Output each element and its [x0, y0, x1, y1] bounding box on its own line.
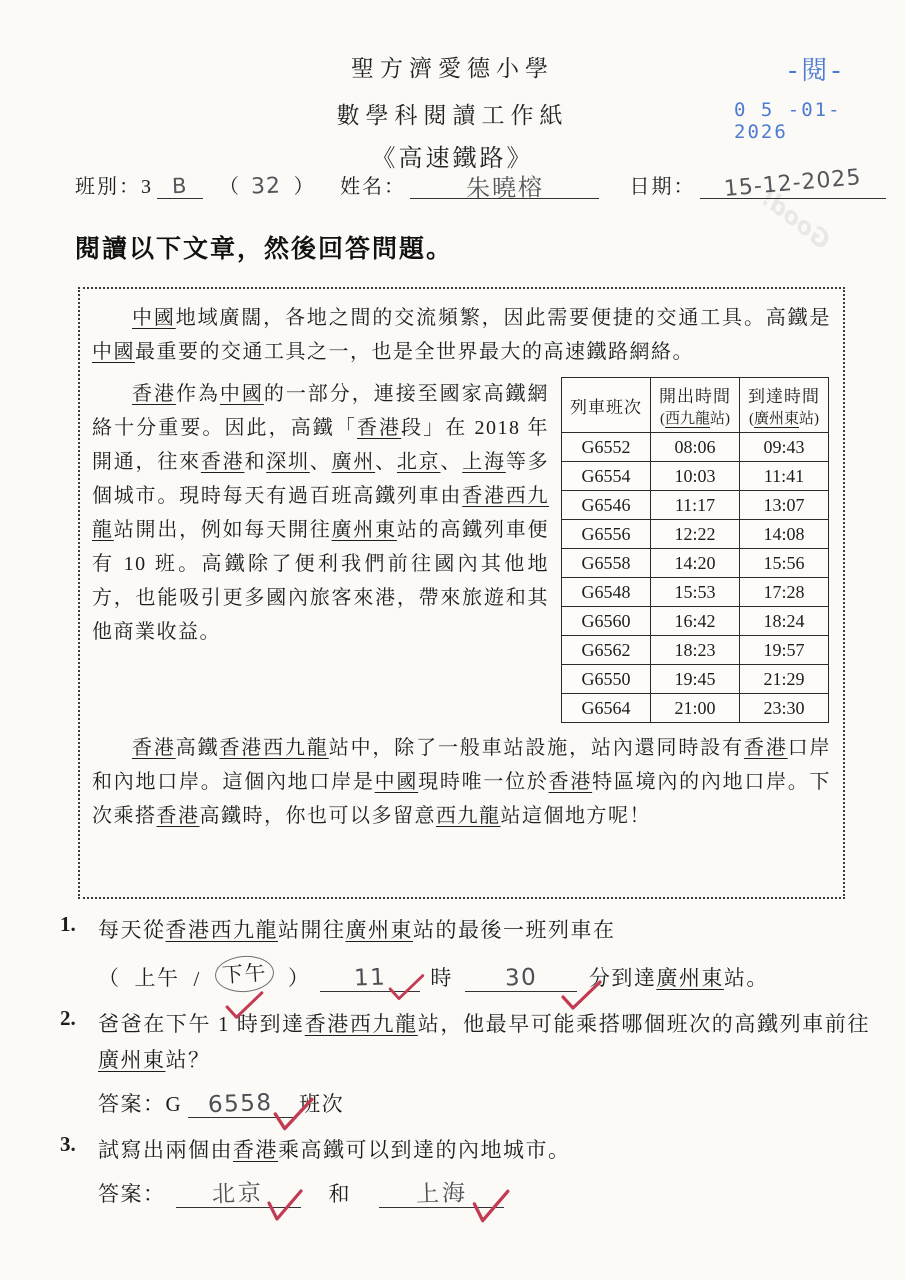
name-blank: 朱曉榕: [410, 172, 599, 199]
question-3: 3. 試寫出兩個由香港乘高鐵可以到達的內地城市。 答案： 北京 和 上海: [60, 1132, 870, 1208]
proper-noun: 廣州東: [656, 966, 724, 990]
proper-noun: 中國: [132, 307, 176, 329]
table-cell: G6556: [562, 520, 651, 549]
table-cell: 13:07: [740, 491, 829, 520]
proper-noun: 廣州東: [346, 918, 414, 942]
city-2-blank: 上海: [379, 1181, 504, 1208]
reading-passage-box: 中國地域廣闊，各地之間的交流頻繁，因此需要便捷的交通工具。高鐵是中國最重要的交通…: [78, 287, 845, 899]
train-timetable: 列車班次 開出時間 (西九龍站) 到達時間 (廣州東站) G655208:060…: [561, 377, 829, 723]
table-row: G654815:5317:28: [562, 578, 829, 607]
question-3-number: 3.: [60, 1132, 84, 1208]
table-cell: 19:57: [740, 636, 829, 665]
text-run: 試寫出兩個由: [98, 1138, 233, 1162]
text-run: 站開出，例如每天開往: [114, 519, 332, 541]
proper-noun: 香港: [157, 805, 200, 827]
question-2-number: 2.: [60, 1006, 84, 1118]
table-cell: 14:08: [740, 520, 829, 549]
table-cell: G6564: [562, 694, 651, 723]
proper-noun: 中國: [220, 383, 264, 405]
name-label: 姓名：: [340, 170, 406, 199]
question-1-fill-line: （ 上午 / 下午 ） 11 時: [98, 956, 870, 992]
text-run: 和: [244, 451, 266, 473]
proper-noun: 香港: [233, 1138, 278, 1162]
text-run: 站，他最早可能乘搭哪個班次的高鐵列車前往: [418, 1012, 870, 1036]
text-run: 分到達: [589, 966, 657, 990]
city-2-handwriting: 上海: [415, 1180, 468, 1208]
text-run: 最重要的交通工具之一，也是全世界最大的高速鐵路網絡。: [135, 341, 694, 363]
article-paragraph-1: 中國地域廣闊，各地之間的交流頻繁，因此需要便捷的交通工具。高鐵是中國最重要的交通…: [92, 301, 831, 369]
table-cell: 16:42: [651, 607, 740, 636]
student-number-handwriting: 32: [251, 173, 282, 199]
text-run: 高鐵時，你也可以多留意: [200, 805, 437, 827]
answer-label: 答案：: [98, 1178, 166, 1208]
text-run: 站這個地方呢！: [501, 805, 652, 827]
instruction-text: 閱讀以下文章，然後回答問題。: [75, 229, 453, 265]
table-row: G655410:0311:41: [562, 462, 829, 491]
question-1-text: 每天從香港西九龍站開往廣州東站的最後一班列車在: [98, 912, 870, 948]
student-info-line: 班別：3 B （ 32 ） 姓名： 朱曉榕 日期： 15-12-2025: [75, 170, 890, 199]
proper-noun: 香港: [357, 417, 401, 439]
text-run: 站的最後一班列車在: [413, 918, 616, 942]
article-paragraph-3: 香港高鐵香港西九龍站中，除了一般車站設施，站內還同時設有香港口岸和內地口岸。這個…: [92, 731, 831, 833]
proper-noun: 香港: [132, 737, 176, 759]
text-run: 、: [440, 451, 462, 473]
proper-noun: 廣州東: [332, 519, 397, 541]
table-cell: 18:24: [740, 607, 829, 636]
table-cell: 15:53: [651, 578, 740, 607]
table-cell: G6548: [562, 578, 651, 607]
table-cell: 12:22: [651, 520, 740, 549]
col-header-train-no: 列車班次: [562, 378, 651, 433]
minute-handwriting: 30: [504, 964, 537, 992]
proper-noun: 廣州: [332, 451, 376, 473]
table-cell: 11:41: [740, 462, 829, 491]
table-cell: 11:17: [651, 491, 740, 520]
hour-unit: 時: [430, 962, 453, 992]
proper-noun: 香港: [201, 451, 245, 473]
school-name: 聖方濟愛德小學: [0, 50, 905, 83]
departure-station: 西九龍: [665, 411, 710, 427]
table-cell: 17:28: [740, 578, 829, 607]
text-run: 站開往: [278, 918, 346, 942]
train-number-blank: 6558: [188, 1091, 293, 1118]
check-icon: [261, 1189, 305, 1223]
text-run: 作為: [176, 383, 220, 405]
text-run: 站。: [724, 966, 769, 990]
text-run: 現時唯一位於: [418, 771, 548, 793]
proper-noun: 香港: [132, 383, 176, 405]
proper-noun: 中國: [92, 341, 135, 363]
text-run: 、: [375, 451, 397, 473]
name-handwriting: 朱曉榕: [465, 174, 543, 202]
minute-blank: 30: [465, 965, 577, 992]
table-cell: 21:00: [651, 694, 740, 723]
answer-suffix: 班次: [299, 1088, 344, 1118]
text-run: 乘高鐵可以到達的內地城市。: [278, 1138, 571, 1162]
col-header-departure: 開出時間 (西九龍站): [651, 378, 740, 433]
table-cell: 08:06: [651, 433, 740, 462]
table-cell: 15:56: [740, 549, 829, 578]
table-cell: 23:30: [740, 694, 829, 723]
worksheet-page: 聖方濟愛德小學 數學科閱讀工作紙 《高速鐵路》 -閱- 0 5 -01- 202…: [0, 0, 905, 1280]
arrival-station: 廣州東: [754, 411, 799, 427]
text-run: 高鐵: [176, 737, 220, 759]
question-2-text: 爸爸在下午 1 時到達香港西九龍站，他最早可能乘搭哪個班次的高鐵列車前往廣州東站…: [98, 1006, 870, 1078]
document-title: 《高速鐵路》: [0, 138, 905, 173]
class-label: 班別：3: [75, 170, 153, 199]
hour-handwriting: 11: [354, 964, 387, 992]
question-3-text: 試寫出兩個由香港乘高鐵可以到達的內地城市。: [98, 1132, 870, 1168]
table-header-row: 列車班次 開出時間 (西九龍站) 到達時間 (廣州東站): [562, 378, 829, 433]
table-row: G655612:2214:08: [562, 520, 829, 549]
circled-answer-pm: 下午: [215, 956, 274, 992]
col-header-arrival: 到達時間 (廣州東站): [740, 378, 829, 433]
table-cell: 14:20: [651, 549, 740, 578]
table-cell: G6560: [562, 607, 651, 636]
text-run: 每天從: [98, 918, 166, 942]
table-cell: 19:45: [651, 665, 740, 694]
checked-stamp: -閱-: [788, 50, 845, 87]
text-run: 地域廣闊，各地之間的交流頻繁，因此需要便捷的交通工具。高鐵是: [176, 307, 831, 329]
class-handwriting: B: [171, 175, 188, 199]
city-1-handwriting: 北京: [212, 1180, 265, 1208]
table-cell: 18:23: [651, 636, 740, 665]
table-cell: 09:43: [740, 433, 829, 462]
proper-noun: 香港西九龍: [219, 737, 328, 759]
table-cell: G6550: [562, 665, 651, 694]
table-row: G655019:4521:29: [562, 665, 829, 694]
text-run: 站中，除了一般車站設施，站內還同時設有: [329, 737, 744, 759]
table-row: G656421:0023:30: [562, 694, 829, 723]
question-1-tail: 分到達廣州東站。: [589, 962, 769, 992]
questions-section: 1. 每天從香港西九龍站開往廣州東站的最後一班列車在 （ 上午 / 下午 ）: [60, 912, 870, 1222]
proper-noun: 上海: [462, 451, 506, 473]
hour-blank: 11: [320, 965, 420, 992]
proper-noun: 深圳: [266, 451, 310, 473]
text-run: 、: [310, 451, 332, 473]
proper-noun: 中國: [375, 771, 419, 793]
table-row: G655208:0609:43: [562, 433, 829, 462]
proper-noun: 西九龍: [436, 805, 501, 827]
date-handwriting: 15-12-2025: [723, 166, 862, 202]
proper-noun: 香港: [549, 771, 593, 793]
check-icon: [386, 973, 426, 1003]
check-icon: [466, 1189, 512, 1225]
table-row: G655814:2015:56: [562, 549, 829, 578]
table-row: G656218:2319:57: [562, 636, 829, 665]
question-3-answer-line: 答案： 北京 和 上海: [98, 1178, 870, 1208]
train-number-handwriting: 6558: [208, 1089, 273, 1118]
bracket-close: ）: [294, 170, 314, 199]
table-row: G654611:1713:07: [562, 491, 829, 520]
class-blank: B: [157, 175, 203, 199]
question-2: 2. 爸爸在下午 1 時到達香港西九龍站，他最早可能乘搭哪個班次的高鐵列車前往廣…: [60, 1006, 870, 1118]
text-run: 爸爸在下午 1 時到達: [98, 1012, 305, 1036]
table-cell: G6558: [562, 549, 651, 578]
proper-noun: 香港: [744, 737, 788, 759]
proper-noun: 香港西九龍: [305, 1012, 418, 1036]
stamp-date: 0 5 -01- 2026: [734, 99, 905, 143]
question-1: 1. 每天從香港西九龍站開往廣州東站的最後一班列車在 （ 上午 / 下午 ）: [60, 912, 870, 992]
question-1-number: 1.: [60, 912, 84, 992]
date-label: 日期：: [630, 170, 696, 199]
table-cell: 10:03: [651, 462, 740, 491]
table-cell: G6562: [562, 636, 651, 665]
table-cell: 21:29: [740, 665, 829, 694]
conjunction: 和: [329, 1178, 352, 1208]
option-pm: 下午: [214, 954, 275, 994]
table-cell: G6546: [562, 491, 651, 520]
proper-noun: 廣州東: [98, 1048, 166, 1072]
proper-noun: 北京: [397, 451, 441, 473]
question-2-answer-line: 答案：G 6558 班次: [98, 1088, 870, 1118]
table-cell: G6554: [562, 462, 651, 491]
proper-noun: 香港西九龍: [166, 918, 279, 942]
date-blank: 15-12-2025: [700, 174, 886, 199]
table-cell: G6552: [562, 433, 651, 462]
bracket-open: （: [219, 170, 239, 199]
option-am: 上午: [135, 962, 180, 992]
answer-label: 答案：G: [98, 1088, 182, 1118]
city-1-blank: 北京: [176, 1181, 301, 1208]
text-run: 站？: [166, 1048, 211, 1072]
table-row: G656016:4218:24: [562, 607, 829, 636]
